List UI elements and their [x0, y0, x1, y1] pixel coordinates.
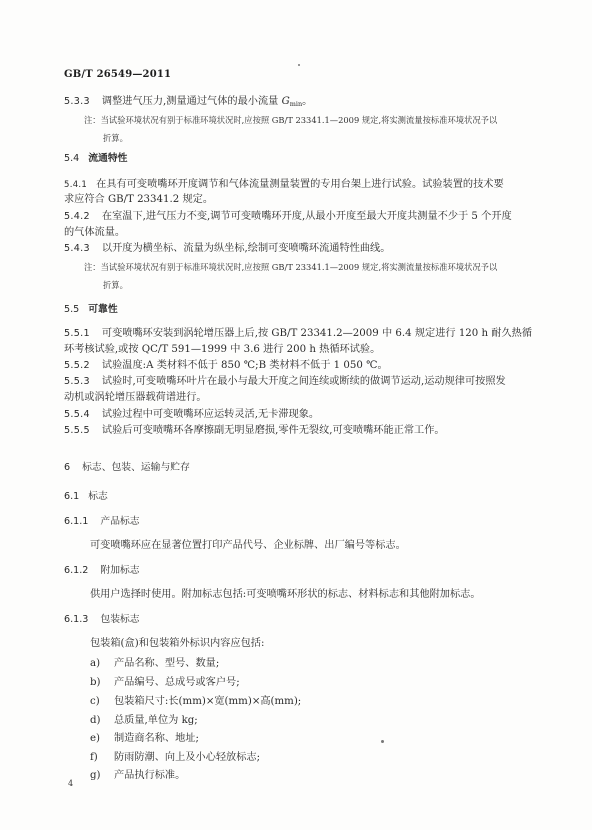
note-5-3-3-cont: 折算。 — [103, 131, 128, 145]
section-6-1-3-body: 包装箱(盒)和包装箱外标识内容应包括: — [90, 637, 264, 651]
list-item: f)防雨防潮、向上及小心轻放标志; — [90, 751, 260, 765]
clause-5-5-1-cont: 环考核试验,或按 QC/T 591—1999 中 3.6 进行 200 h 热循… — [64, 343, 380, 357]
clause-5-3-3: 5.3.3调整进气压力,测量通过气体的最小流量 Gmin。 — [64, 95, 312, 111]
clause-5-4-1-cont: 求应符合 GB/T 23341.2 规定。 — [64, 193, 213, 207]
clause-5-5-3: 5.5.3试验时,可变喷嘴环叶片在最小与最大开度之间连续或断续的做调节运动,运动… — [64, 375, 506, 389]
clause-5-5-4: 5.5.4试验过程中可变喷嘴环应运转灵活,无卡滞现象。 — [64, 408, 319, 422]
clause-5-4-2-cont: 的气体流量。 — [64, 226, 125, 240]
list-item: d)总质量,单位为 kg; — [90, 714, 198, 728]
clause-5-5-2: 5.5.2试验温度:A 类材料不低于 850 ℃;B 类材料不低于 1 050 … — [64, 359, 388, 373]
note-5-4-3-cont: 折算。 — [103, 278, 128, 292]
standard-code-header: GB/T 26549—2011 — [64, 69, 171, 80]
list-item: c)包装箱尺寸:长(mm)×宽(mm)×高(mm); — [90, 695, 301, 709]
scan-speck — [298, 64, 300, 66]
list-item: e)制造商名称、地址; — [90, 732, 199, 746]
clause-5-5-5: 5.5.5试验后可变喷嘴环各摩擦副无明显磨损,零件无裂纹,可变喷嘴环能正常工作。 — [64, 424, 445, 438]
scan-speck — [381, 740, 384, 743]
section-6-1-heading: 6.1标志 — [64, 490, 108, 504]
clause-5-5-1: 5.5.1可变喷嘴环安装到涡轮增压器上后,按 GB/T 23341.2—2009… — [64, 327, 532, 341]
section-5-4-heading: 5.4流通特性 — [64, 152, 127, 166]
section-6-1-3-heading: 6.1.3包装标志 — [64, 613, 140, 627]
clause-5-5-3-cont: 动机或涡轮增压器载荷谱进行。 — [64, 391, 207, 405]
section-5-5-heading: 5.5可靠性 — [64, 303, 118, 317]
page-number: 4 — [68, 779, 73, 788]
list-item: a)产品名称、型号、数量; — [90, 657, 219, 671]
section-6-1-1-heading: 6.1.1产品标志 — [64, 515, 140, 529]
list-item: b)产品编号、总成号或客户号; — [90, 676, 240, 690]
list-item: g)产品执行标准。 — [90, 769, 185, 783]
section-6-heading: 6标志、包装、运输与贮存 — [64, 461, 190, 475]
note-5-4-3: 注：当试验环境状况有别于标准环境状况时,应按照 GB/T 23341.1—200… — [84, 260, 497, 274]
section-6-1-2-heading: 6.1.2附加标志 — [64, 564, 140, 578]
section-6-1-2-body: 供用户选择时使用。附加标志包括:可变喷嘴环形状的标志、材料标志和其他附加标志。 — [90, 588, 481, 602]
note-5-3-3: 注：当试验环境状况有别于标准环境状况时,应按照 GB/T 23341.1—200… — [84, 113, 497, 127]
document-page: GB/T 26549—2011 5.3.3调整进气压力,测量通过气体的最小流量 … — [0, 0, 592, 830]
clause-5-4-2: 5.4.2在室温下,进气压力不变,调节可变喷嘴环开度,从最小开度至最大开度共测量… — [64, 210, 512, 224]
clause-5-4-3: 5.4.3以开度为横坐标、流量为纵坐标,绘制可变喷嘴环流通特性曲线。 — [64, 242, 390, 256]
clause-5-4-1: 5.4.1在具有可变喷嘴环开度调节和气体流量测量装置的专用台架上进行试验。试验装… — [64, 178, 504, 192]
section-6-1-1-body: 可变喷嘴环应在显著位置打印产品代号、企业标牌、出厂编号等标志。 — [90, 539, 406, 553]
